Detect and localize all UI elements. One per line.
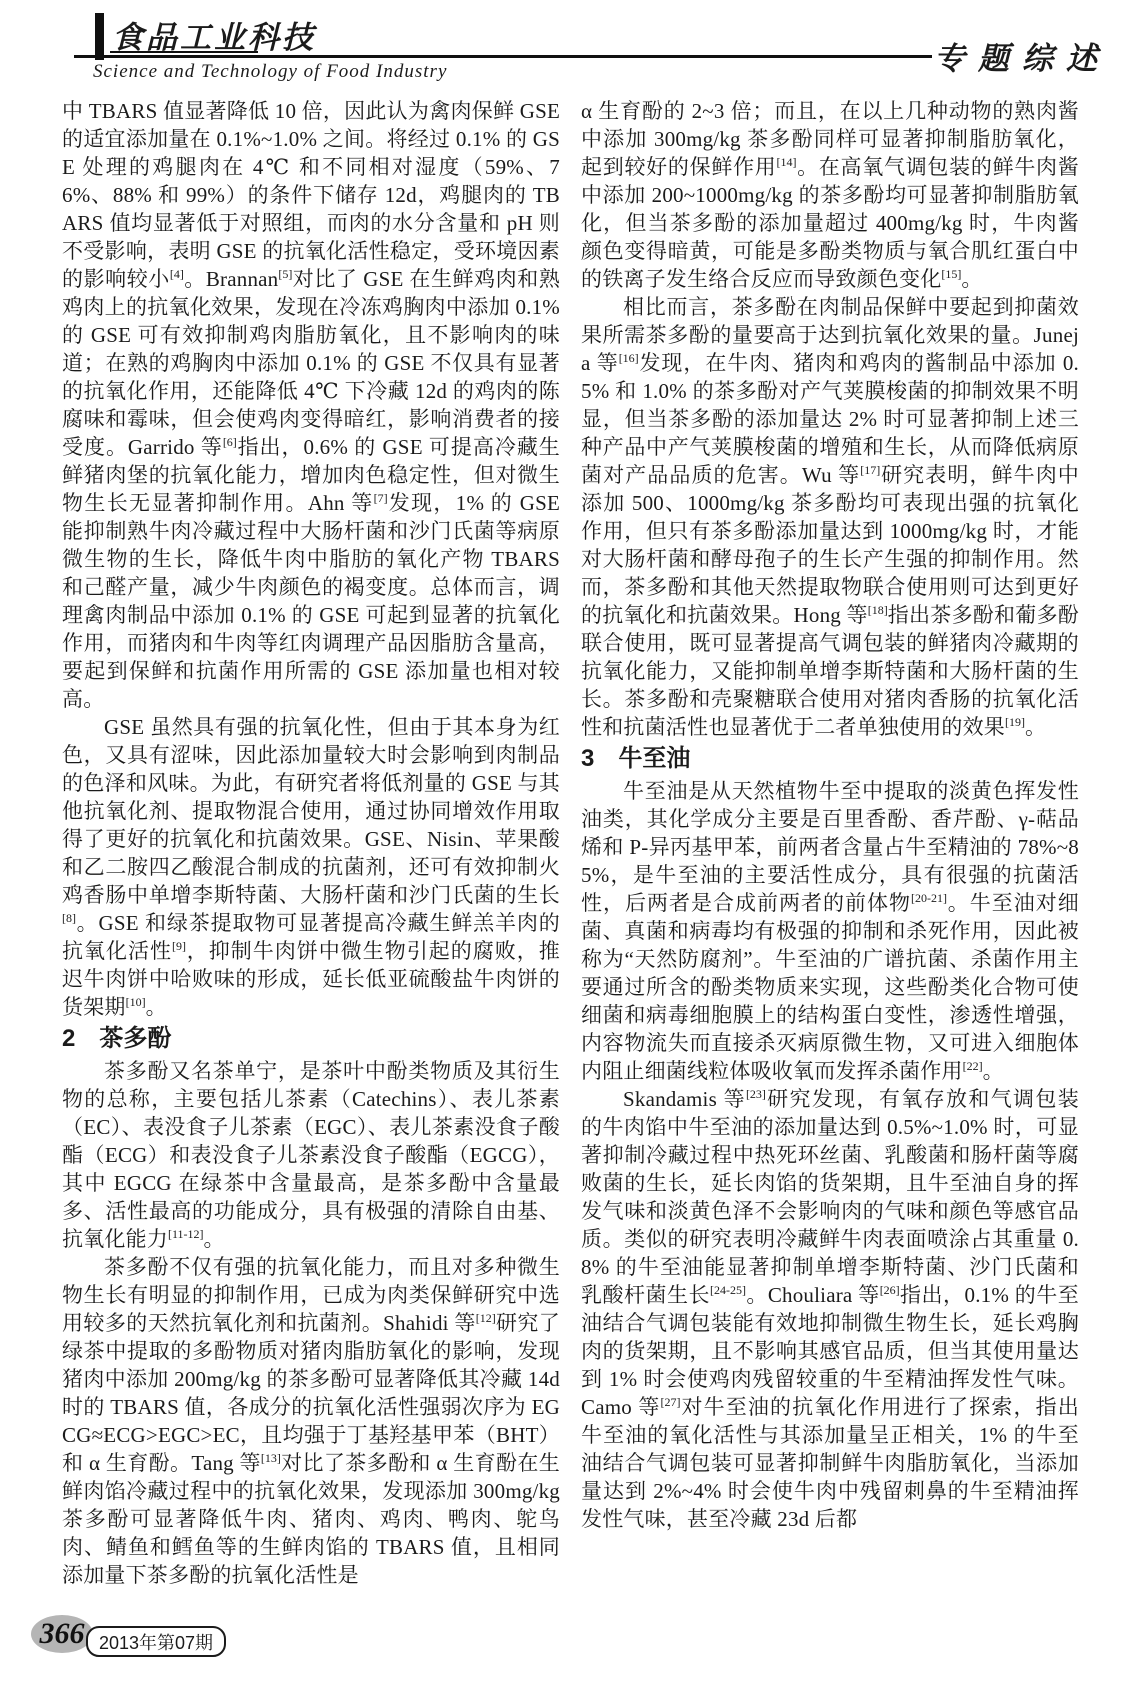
citation-ref: [9]: [172, 939, 186, 953]
citation-ref: [14]: [777, 155, 797, 169]
article-body: 中 TBARS 值显著降低 10 倍，因此认为禽肉保鲜 GSE 的适宜添加量在 …: [62, 97, 1080, 1589]
section-heading: 2茶多酚: [62, 1024, 560, 1054]
section-number: 3: [581, 745, 594, 772]
header-rule: [74, 55, 932, 58]
page-number-badge: 366: [31, 1615, 93, 1653]
left-column: 中 TBARS 值显著降低 10 倍，因此认为禽肉保鲜 GSE 的适宜添加量在 …: [62, 97, 560, 1589]
citation-ref: [4]: [170, 267, 184, 281]
paragraph: Skandamis 等[23]研究发现，有氧存放和气调包装的牛肉馅中牛至油的添加…: [581, 1085, 1079, 1533]
paragraph: GSE 虽然具有强的抗氧化性，但由于其本身为红色，又具有涩味，因此添加量较大时会…: [62, 713, 560, 1021]
section-heading: 3牛至油: [581, 744, 1079, 774]
journal-page: 食品工业科技 Science and Technology of Food In…: [0, 0, 1140, 1683]
page-number: 366: [40, 1619, 85, 1649]
logo-underline: [110, 51, 258, 53]
citation-ref: [13]: [261, 1451, 281, 1465]
section-title: 牛至油: [618, 745, 690, 772]
section-number: 2: [62, 1025, 75, 1052]
citation-ref: [16]: [619, 351, 639, 365]
paragraph: α 生育酚的 2~3 倍；而且，在以上几种动物的熟肉酱中添加 300mg/kg …: [581, 97, 1079, 293]
citation-ref: [27]: [661, 1395, 681, 1409]
column-tag: 专题综述: [934, 33, 1110, 78]
citation-ref: [17]: [860, 463, 880, 477]
paragraph: 相比而言，茶多酚在肉制品保鲜中要起到抑菌效果所需茶多酚的量要高于达到抗氧化效果的…: [581, 293, 1079, 741]
paragraph: 茶多酚不仅有强的抗氧化能力，而且对多种微生物生长有明显的抑制作用，已成为肉类保鲜…: [62, 1253, 560, 1589]
citation-ref: [7]: [374, 491, 388, 505]
paragraph: 中 TBARS 值显著降低 10 倍，因此认为禽肉保鲜 GSE 的适宜添加量在 …: [62, 97, 560, 713]
citation-ref: [6]: [223, 435, 237, 449]
citation-ref: [23]: [746, 1087, 766, 1101]
section-title: 茶多酚: [99, 1025, 171, 1052]
paragraph: 牛至油是从天然植物牛至中提取的淡黄色挥发性油类，其化学成分主要是百里香酚、香芹酚…: [581, 777, 1079, 1085]
citation-ref: [20-21]: [911, 891, 947, 905]
citation-ref: [19]: [1005, 715, 1025, 729]
citation-ref: [12]: [476, 1311, 496, 1325]
citation-ref: [10]: [126, 995, 146, 1009]
citation-ref: [26]: [880, 1283, 900, 1297]
citation-ref: [24-25]: [710, 1283, 746, 1297]
citation-ref: [11-12]: [168, 1227, 204, 1241]
header-vertical-bar: [95, 13, 104, 60]
right-column: α 生育酚的 2~3 倍；而且，在以上几种动物的熟肉酱中添加 300mg/kg …: [581, 97, 1079, 1589]
citation-ref: [15]: [941, 267, 961, 281]
citation-ref: [5]: [278, 267, 292, 281]
citation-ref: [18]: [868, 603, 888, 617]
journal-logo-english: Science and Technology of Food Industry: [93, 61, 447, 83]
citation-ref: [22]: [963, 1059, 983, 1073]
paragraph: 茶多酚又名茶单宁，是茶叶中酚类物质及其衍生物的总称，主要包括儿茶素（Catech…: [62, 1057, 560, 1253]
issue-label: 2013年第07期: [86, 1626, 226, 1657]
citation-ref: [8]: [62, 911, 76, 925]
